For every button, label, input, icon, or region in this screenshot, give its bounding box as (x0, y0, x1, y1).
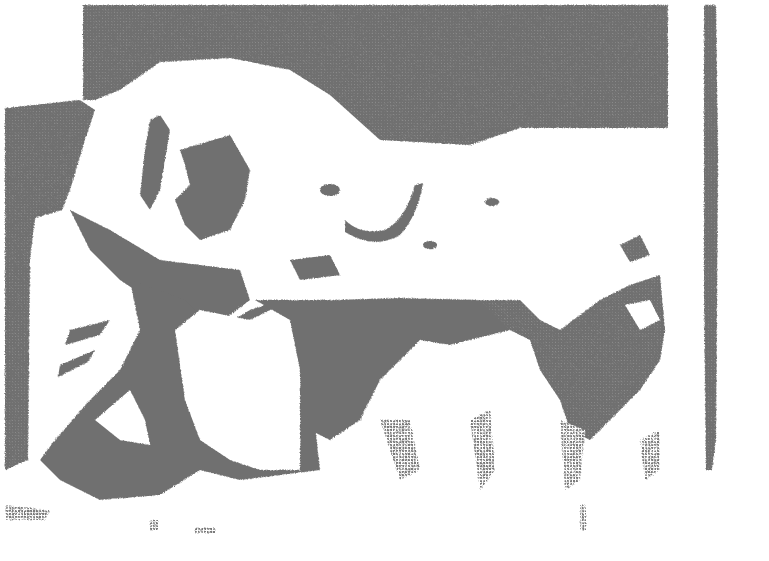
halftone-photograph (0, 0, 769, 561)
photo-canvas (0, 0, 769, 561)
